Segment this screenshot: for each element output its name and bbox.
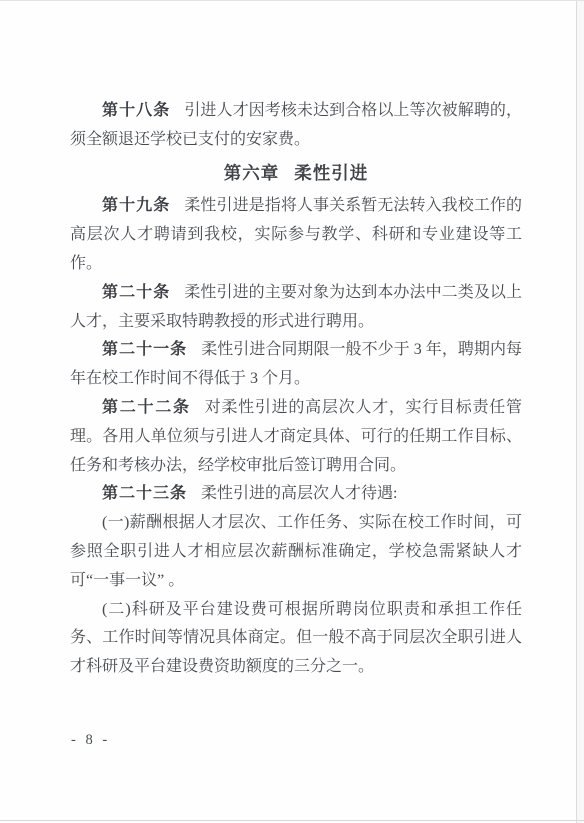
paragraph-article-19: 第十九条柔性引进是指将人事关系暂无法转入我校工作的高层次人才聘请到我校，实际参与…: [70, 192, 522, 278]
scan-edge-strip: [577, 1, 584, 823]
page-number: - 8 -: [71, 732, 110, 749]
article-22-number: 第二十二条: [102, 399, 191, 416]
item-1-text: (一)薪酬根据人才层次、工作任务、实际在校工作时间，可参照全职引进人才相应层次薪…: [70, 514, 522, 589]
article-18-number: 第十八条: [102, 102, 170, 119]
article-19-number: 第十九条: [102, 197, 170, 214]
article-20-number: 第二十条: [102, 284, 170, 301]
chapter-6-heading: 第六章柔性引进: [70, 159, 522, 188]
paragraph-article-20: 第二十条柔性引进的主要对象为达到本办法中二类及以上人才，主要采取特聘教授的形式进…: [70, 279, 522, 337]
scan-edge-bottom-line: [0, 820, 584, 821]
paragraph-article-23: 第二十三条柔性引进的高层次人才待遇:: [70, 480, 522, 509]
paragraph-article-21: 第二十一条柔性引进合同期限一般不少于 3 年，聘期内每年在校工作时间不得低于 3…: [70, 336, 522, 394]
article-21-number: 第二十一条: [102, 341, 187, 358]
chapter-label: 第六章: [224, 163, 280, 183]
document-body: 第十八条引进人才因考核未达到合格以上等次被解聘的，须全额退还学校已支付的安家费。…: [70, 97, 522, 682]
paragraph-article-22: 第二十二条对柔性引进的高层次人才，实行目标责任管理。各用人单位须与引进人才商定具…: [70, 394, 522, 480]
paragraph-article-18: 第十八条引进人才因考核未达到合格以上等次被解聘的，须全额退还学校已支付的安家费。: [70, 97, 522, 155]
paragraph-item-2: (二)科研及平台建设费可根据所聘岗位职责和承担工作任务、工作时间等情况具体商定。…: [70, 596, 522, 682]
item-2-text: (二)科研及平台建设费可根据所聘岗位职责和承担工作任务、工作时间等情况具体商定。…: [70, 601, 522, 676]
paragraph-item-1: (一)薪酬根据人才层次、工作任务、实际在校工作时间，可参照全职引进人才相应层次薪…: [70, 509, 522, 595]
article-23-number: 第二十三条: [102, 485, 187, 502]
chapter-title: 柔性引进: [294, 163, 368, 183]
scanned-document-page: 第十八条引进人才因考核未达到合格以上等次被解聘的，须全额退还学校已支付的安家费。…: [0, 0, 584, 823]
article-23-text: 柔性引进的高层次人才待遇:: [201, 485, 397, 502]
scan-edge-right-line: [576, 1, 577, 823]
